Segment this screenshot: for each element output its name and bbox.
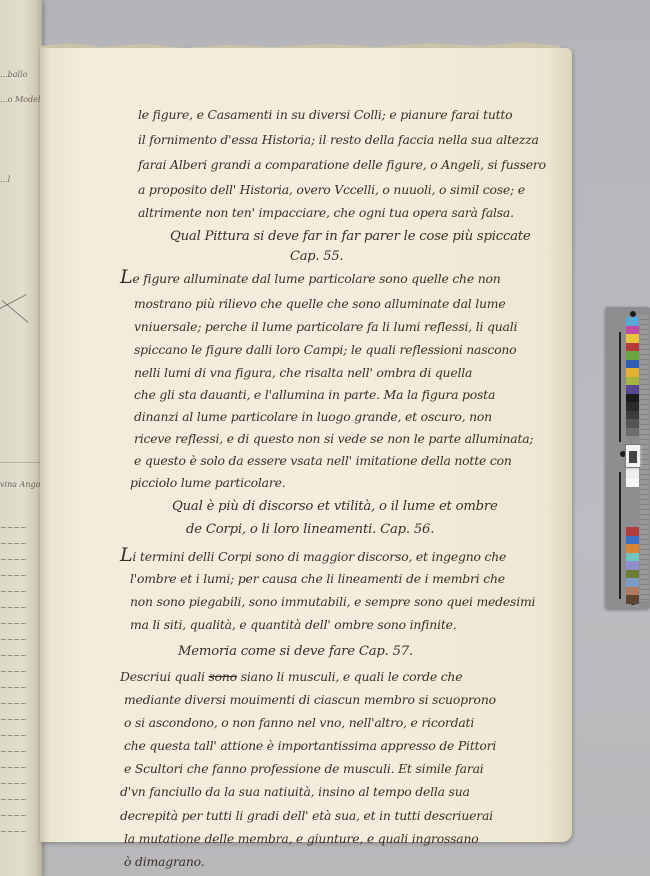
color-patch	[626, 411, 639, 420]
chapter-56-heading-cont: de Corpi, o li loro lineamenti. Cap. 56.	[186, 522, 434, 537]
left-facing-page: ...ballo ...o Modelli ...l vina Angolo ~…	[0, 0, 42, 876]
color-patch	[626, 317, 639, 326]
text-line: riceve reflessi, e di questo non si vede…	[134, 431, 533, 446]
color-patch	[626, 394, 639, 403]
color-patch	[626, 343, 639, 352]
left-page-divider	[0, 462, 40, 463]
color-patch	[626, 428, 639, 437]
color-patch	[626, 470, 639, 479]
text-line: mostrano più rilievo che quelle che sono…	[134, 296, 505, 311]
gutter-shadow	[40, 48, 50, 842]
target-rule	[619, 332, 621, 442]
color-patch	[626, 377, 639, 386]
text-line: farai Alberi grandi a comparatione delle…	[138, 157, 546, 172]
color-patch	[626, 570, 639, 579]
text-line: altrimente non ten' impacciare, che ogni…	[138, 205, 514, 220]
color-patch	[626, 527, 639, 536]
color-patch	[626, 587, 639, 596]
text-line: vniuersale; perche il lume particolare f…	[134, 319, 517, 334]
left-page-fragment: vina Angolo	[0, 480, 40, 489]
text-line: e Scultori che fanno professione de musc…	[124, 761, 484, 776]
text-line: picciolo lume particolare.	[130, 475, 285, 490]
text-line: d'vn fanciullo da la sua natiuità, insin…	[120, 784, 470, 799]
text-line: il fornimento d'essa Historia; il resto …	[138, 132, 539, 147]
text-line: l'ombre et i lumi; per causa che li line…	[130, 571, 505, 586]
left-page-fragment: ...l	[0, 175, 40, 184]
color-patch	[626, 553, 639, 562]
color-patch	[626, 578, 639, 587]
target-label-strip	[640, 315, 649, 601]
text-line: nelli lumi di vna figura, che risalta ne…	[134, 365, 472, 380]
color-patch	[626, 326, 639, 335]
text-line: la mutatione delle membra, e giunture, e…	[124, 831, 479, 846]
chapter-55-number: Cap. 55.	[290, 249, 343, 264]
drop-cap: L	[120, 266, 132, 288]
text-line: a proposito dell' Historia, overo Vccell…	[138, 182, 525, 197]
chapter-55-heading: Qual Pittura si deve far in far parer le…	[170, 229, 531, 244]
text-line: non sono piegabili, sono immutabili, e s…	[130, 594, 535, 609]
text-line: ò dimagrano.	[124, 854, 204, 869]
color-patch	[626, 544, 639, 553]
drop-cap: L	[120, 544, 132, 566]
left-page-sketch-line	[2, 300, 29, 323]
left-page-fragment: ...o Modelli	[0, 95, 40, 104]
text-line: spiccano le figure dalli loro Campi; le …	[134, 342, 516, 357]
color-patch	[626, 402, 639, 411]
color-patch	[626, 595, 639, 604]
text-line: dinanzi al lume particolare in luogo gra…	[134, 409, 492, 424]
text-line: mediante diversi mouimenti di ciascun me…	[124, 692, 496, 707]
text-line: Descriui quali sono siano li musculi, e …	[120, 669, 462, 684]
struck-word: sono	[209, 669, 237, 684]
text-line: Le figure alluminate dal lume particolar…	[120, 268, 501, 287]
text-line: Li termini delli Corpi sono di maggior d…	[120, 546, 506, 565]
text-line: che gli sta dauanti, e l'allumina in par…	[134, 387, 495, 402]
text-line: e questo è solo da essere vsata nell' im…	[134, 453, 512, 468]
text-line: decrepità per tutti li gradi dell' età s…	[120, 808, 493, 823]
left-page-text-block: ~~~~ ~~~~ ~~~~ ~~~~ ~~~~ ~~~~ ~~~~ ~~~~ …	[0, 520, 40, 840]
chapter-57-heading: Memoria come si deve fare Cap. 57.	[178, 644, 413, 659]
color-calibration-target	[606, 307, 650, 609]
color-patch	[626, 334, 639, 343]
color-patch	[626, 419, 639, 428]
color-patch	[626, 351, 639, 360]
left-page-fragment: ...ballo	[0, 70, 40, 79]
text-line: le figure, e Casamenti in su diversi Col…	[138, 107, 512, 122]
color-patch	[626, 360, 639, 369]
text-line: che questa tall' attione è importantissi…	[124, 738, 496, 753]
target-rule	[619, 472, 621, 599]
color-patch	[626, 385, 639, 394]
text-line: o si ascondono, o non fanno nel vno, nel…	[124, 715, 474, 730]
color-patch	[626, 561, 639, 570]
chapter-56-heading: Qual è più di discorso et vtilità, o il …	[172, 499, 498, 514]
color-patch	[626, 479, 639, 488]
text-line: ma li siti, qualità, e quantità dell' om…	[130, 617, 457, 632]
color-patch	[626, 368, 639, 377]
color-patch	[626, 536, 639, 545]
